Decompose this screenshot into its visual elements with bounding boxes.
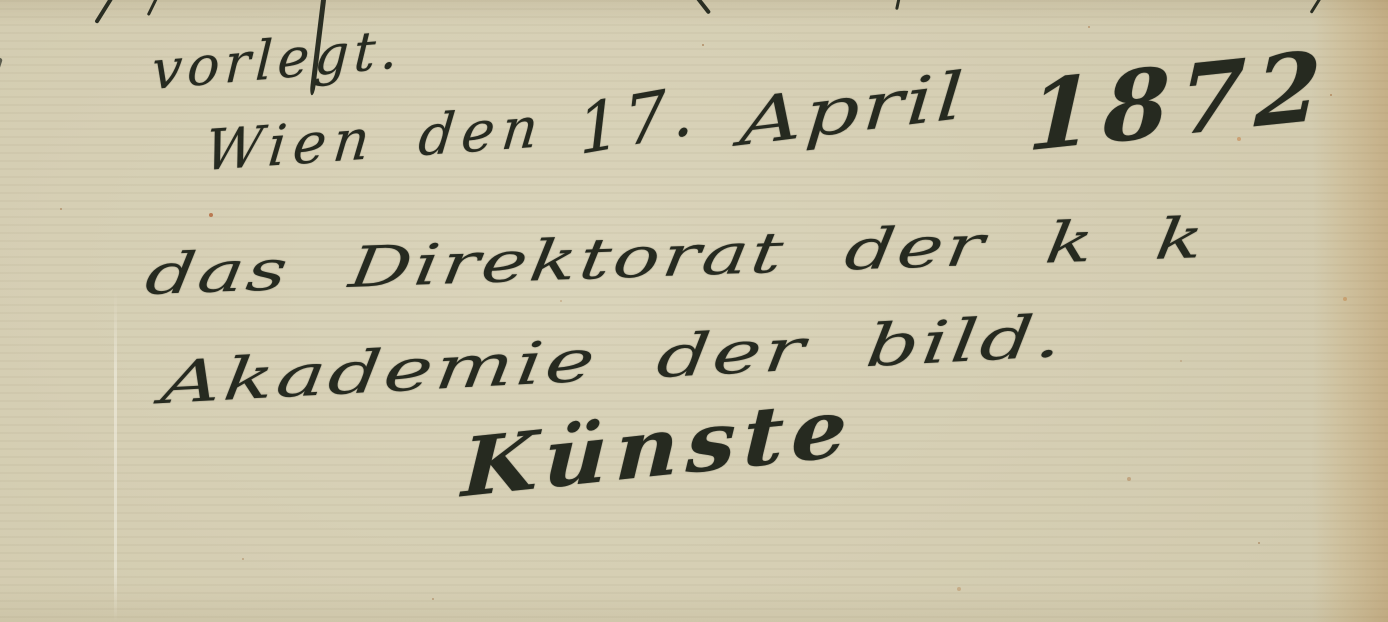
manuscript-page: vorlegt. Wien den 17. April 1872 das Dir… [0, 0, 1388, 622]
cutoff-stroke-6 [1310, 0, 1323, 14]
cutoff-stroke-2 [147, 0, 161, 16]
handwriting-closing-word: vorlegt. [151, 22, 404, 98]
handwriting-academy-line: Akademie der bild. [158, 306, 1068, 412]
cutoff-stroke-5 [895, 0, 901, 10]
cutoff-stroke-1 [94, 0, 115, 24]
foxing-speckles [0, 0, 2, 2]
handwriting-date-day: 17. [576, 77, 699, 166]
handwriting-date-month: April [738, 64, 967, 157]
handwriting-date-place: Wien den [202, 100, 548, 180]
cutoff-stroke-7 [0, 57, 3, 83]
handwriting-directorate-line: das Direktorat der k k [142, 211, 1210, 304]
handwriting-date-year: 1872 [1026, 38, 1332, 166]
handwriting-signature-word: Künste [461, 386, 857, 508]
cutoff-stroke-4 [694, 0, 711, 15]
paper-crease [114, 290, 117, 622]
